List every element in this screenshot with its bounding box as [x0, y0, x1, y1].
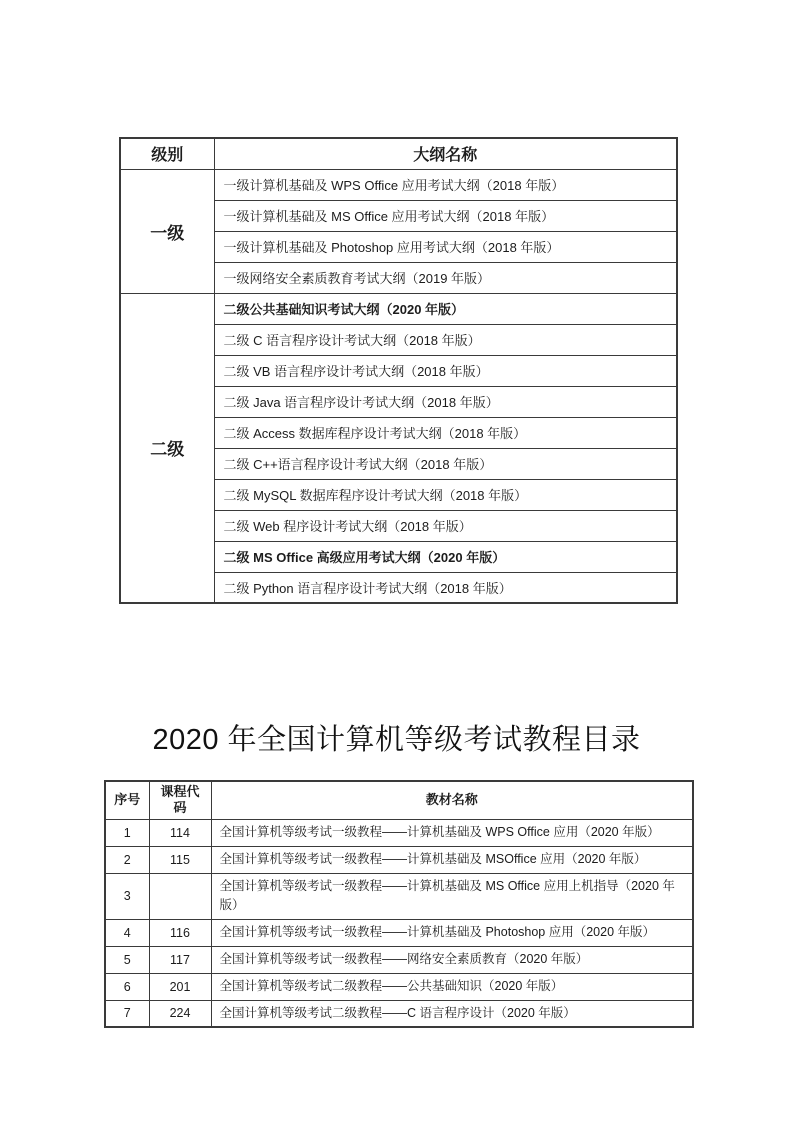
outline-item-cell: 二级 Access 数据库程序设计考试大纲（2018 年版）: [214, 417, 677, 448]
outline-item-cell: 一级计算机基础及 MS Office 应用考试大纲（2018 年版）: [214, 200, 677, 231]
table-row: 一级 一级计算机基础及 WPS Office 应用考试大纲（2018 年版）: [120, 169, 677, 200]
document-page: 级别 大纲名称 一级 一级计算机基础及 WPS Office 应用考试大纲（20…: [0, 0, 793, 1122]
name-cell: 全国计算机等级考试二级教程——C 语言程序设计（2020 年版）: [211, 1000, 693, 1027]
serial-cell: 3: [105, 873, 149, 919]
name-cell: 全国计算机等级考试一级教程——计算机基础及 MS Office 应用上机指导（2…: [211, 873, 693, 919]
table-row: 1 114 全国计算机等级考试一级教程——计算机基础及 WPS Office 应…: [105, 819, 693, 846]
textbook-header-row: 序号 课程代码 教材名称: [105, 781, 693, 819]
name-cell: 全国计算机等级考试一级教程——计算机基础及 MSOffice 应用（2020 年…: [211, 846, 693, 873]
outline-header-name: 大纲名称: [214, 138, 677, 169]
table-row: 5 117 全国计算机等级考试一级教程——网络安全素质教育（2020 年版）: [105, 946, 693, 973]
outline-item-cell: 二级 Java 语言程序设计考试大纲（2018 年版）: [214, 386, 677, 417]
table-row: 2 115 全国计算机等级考试一级教程——计算机基础及 MSOffice 应用（…: [105, 846, 693, 873]
table-row: 3 全国计算机等级考试一级教程——计算机基础及 MS Office 应用上机指导…: [105, 873, 693, 919]
name-cell: 全国计算机等级考试一级教程——网络安全素质教育（2020 年版）: [211, 946, 693, 973]
outline-item-cell: 二级 C++语言程序设计考试大纲（2018 年版）: [214, 448, 677, 479]
outline-table: 级别 大纲名称 一级 一级计算机基础及 WPS Office 应用考试大纲（20…: [119, 137, 678, 604]
page-title: 2020 年全国计算机等级考试教程目录: [0, 717, 793, 758]
outline-item-cell: 二级 Web 程序设计考试大纲（2018 年版）: [214, 510, 677, 541]
serial-cell: 1: [105, 819, 149, 846]
name-cell: 全国计算机等级考试一级教程——计算机基础及 WPS Office 应用（2020…: [211, 819, 693, 846]
name-cell: 全国计算机等级考试二级教程——公共基础知识（2020 年版）: [211, 973, 693, 1000]
code-cell: 114: [149, 819, 211, 846]
outline-item-cell: 二级 C 语言程序设计考试大纲（2018 年版）: [214, 324, 677, 355]
table-row: 7 224 全国计算机等级考试二级教程——C 语言程序设计（2020 年版）: [105, 1000, 693, 1027]
outline-item-cell: 一级网络安全素质教育考试大纲（2019 年版）: [214, 262, 677, 293]
outline-item-cell: 二级 Python 语言程序设计考试大纲（2018 年版）: [214, 572, 677, 603]
textbook-header-name: 教材名称: [211, 781, 693, 819]
outline-item-cell: 二级 MySQL 数据库程序设计考试大纲（2018 年版）: [214, 479, 677, 510]
outline-item-cell: 二级 VB 语言程序设计考试大纲（2018 年版）: [214, 355, 677, 386]
level-group-cell-2: 二级: [120, 293, 214, 603]
outline-item-cell: 二级 MS Office 高级应用考试大纲（2020 年版）: [214, 541, 677, 572]
code-cell: 116: [149, 919, 211, 946]
outline-header-row: 级别 大纲名称: [120, 138, 677, 169]
code-cell: 201: [149, 973, 211, 1000]
serial-cell: 5: [105, 946, 149, 973]
outline-header-level: 级别: [120, 138, 214, 169]
code-cell: 115: [149, 846, 211, 873]
outline-item-cell: 二级公共基础知识考试大纲（2020 年版）: [214, 293, 677, 324]
textbook-table: 序号 课程代码 教材名称 1 114 全国计算机等级考试一级教程——计算机基础及…: [104, 780, 694, 1028]
textbook-header-code: 课程代码: [149, 781, 211, 819]
table-row: 二级 二级公共基础知识考试大纲（2020 年版）: [120, 293, 677, 324]
textbook-header-no: 序号: [105, 781, 149, 819]
serial-cell: 6: [105, 973, 149, 1000]
serial-cell: 4: [105, 919, 149, 946]
table-row: 6 201 全国计算机等级考试二级教程——公共基础知识（2020 年版）: [105, 973, 693, 1000]
serial-cell: 2: [105, 846, 149, 873]
outline-item-cell: 一级计算机基础及 WPS Office 应用考试大纲（2018 年版）: [214, 169, 677, 200]
code-cell: [149, 873, 211, 919]
code-cell: 117: [149, 946, 211, 973]
code-cell: 224: [149, 1000, 211, 1027]
outline-item-cell: 一级计算机基础及 Photoshop 应用考试大纲（2018 年版）: [214, 231, 677, 262]
table-row: 4 116 全国计算机等级考试一级教程——计算机基础及 Photoshop 应用…: [105, 919, 693, 946]
serial-cell: 7: [105, 1000, 149, 1027]
level-group-cell-1: 一级: [120, 169, 214, 293]
name-cell: 全国计算机等级考试一级教程——计算机基础及 Photoshop 应用（2020 …: [211, 919, 693, 946]
